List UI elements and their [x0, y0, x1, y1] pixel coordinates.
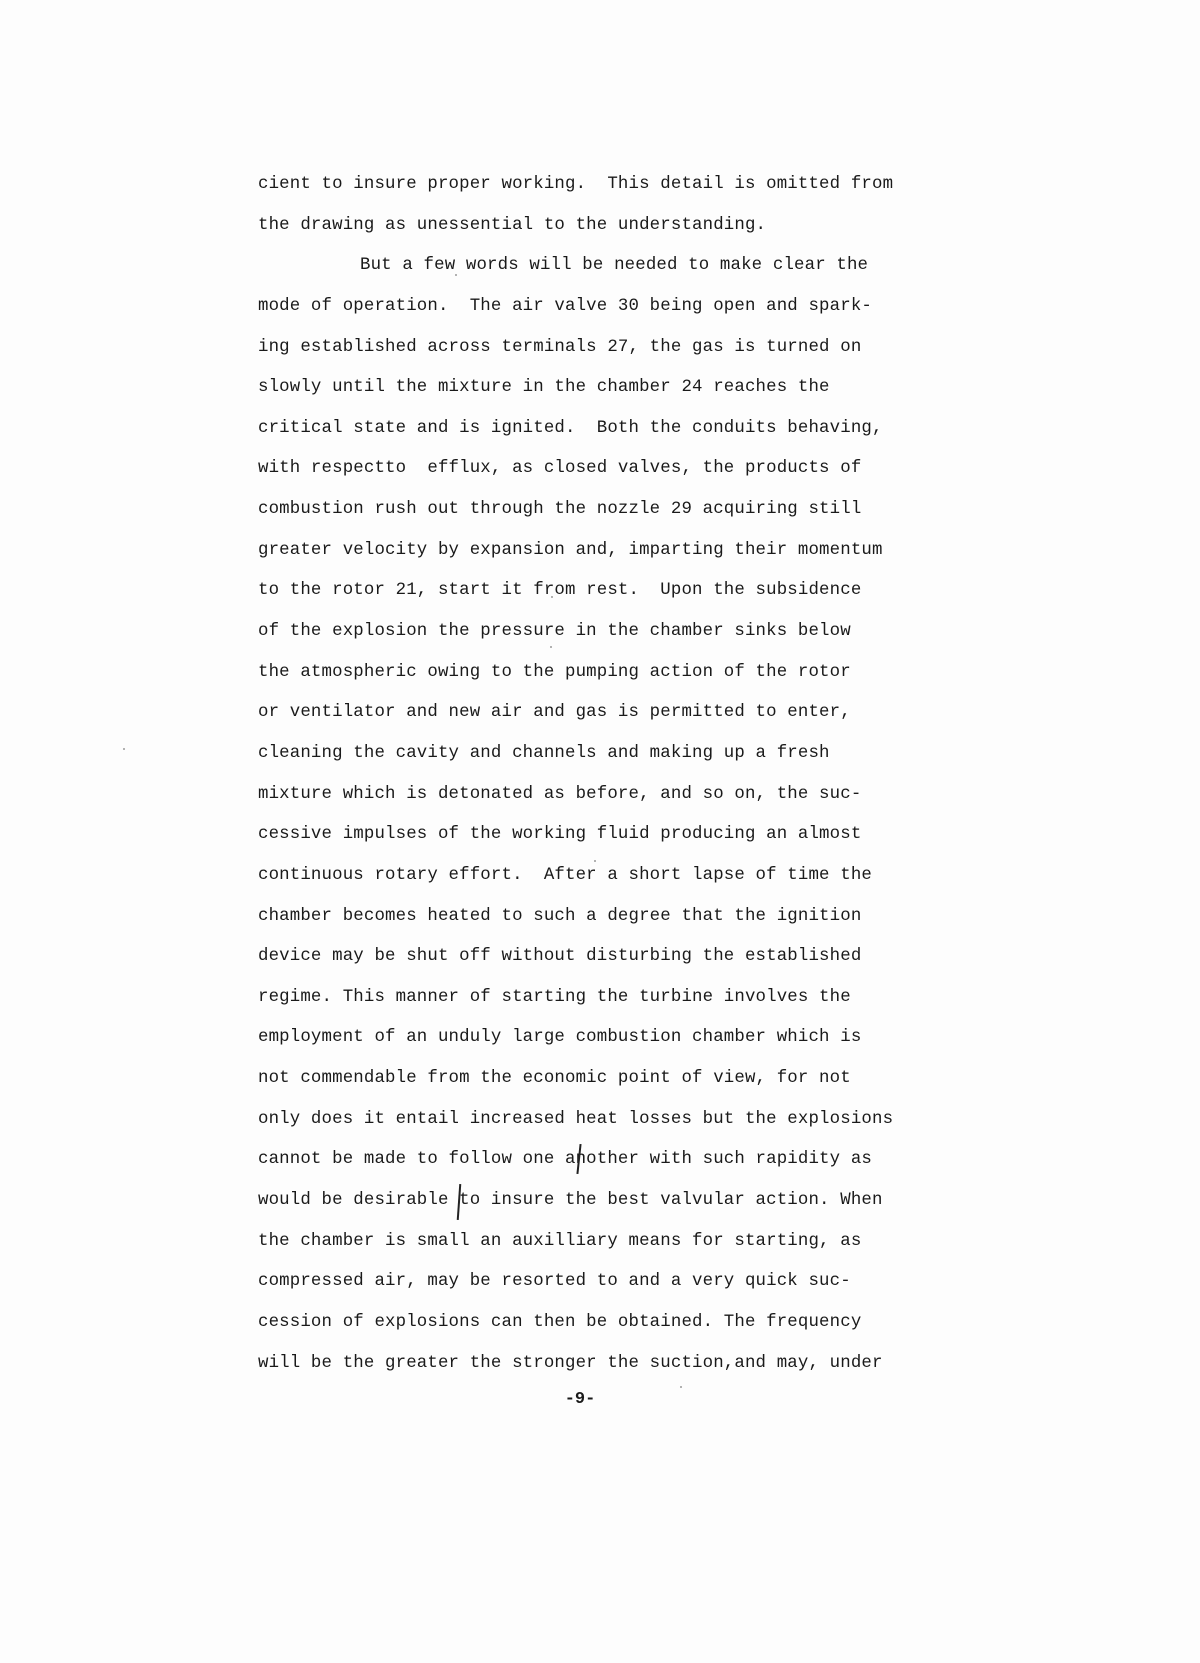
text-line: ing established across terminals 27, the… — [258, 328, 958, 369]
text-line: only does it entail increased heat losse… — [258, 1100, 958, 1141]
text-line: compressed air, may be resorted to and a… — [258, 1262, 958, 1303]
scan-speck — [680, 1386, 682, 1388]
text-line: regime. This manner of starting the turb… — [258, 978, 958, 1019]
page-number: -9- — [0, 1390, 1160, 1409]
text-line: device may be shut off without disturbin… — [258, 937, 958, 978]
text-line: not commendable from the economic point … — [258, 1059, 958, 1100]
document-page: cient to insure proper working. This det… — [0, 0, 1200, 1663]
text-line: or ventilator and new air and gas is per… — [258, 693, 958, 734]
text-line: critical state and is ignited. Both the … — [258, 409, 958, 450]
text-line: chamber becomes heated to such a degree … — [258, 897, 958, 938]
scan-speck — [123, 748, 125, 750]
body-text: cient to insure proper working. This det… — [258, 165, 958, 1384]
text-line: of the explosion the pressure in the cha… — [258, 612, 958, 653]
text-line: cessive impulses of the working fluid pr… — [258, 815, 958, 856]
scan-speck — [455, 274, 457, 276]
text-line: cannot be made to follow one another wit… — [258, 1140, 958, 1181]
scan-speck — [551, 596, 553, 598]
text-line: will be the greater the stronger the suc… — [258, 1344, 958, 1385]
text-line: cleaning the cavity and channels and mak… — [258, 734, 958, 775]
text-line: with respectto efflux, as closed valves,… — [258, 449, 958, 490]
text-line: the atmospheric owing to the pumping act… — [258, 653, 958, 694]
text-line: mixture which is detonated as before, an… — [258, 775, 958, 816]
text-line: slowly until the mixture in the chamber … — [258, 368, 958, 409]
paragraph-first-line: But a few words will be needed to make c… — [258, 246, 958, 287]
text-line: cient to insure proper working. This det… — [258, 165, 958, 206]
text-line: greater velocity by expansion and, impar… — [258, 531, 958, 572]
text-line: cession of explosions can then be obtain… — [258, 1303, 958, 1344]
text-line: continuous rotary effort. After a short … — [258, 856, 958, 897]
text-line: employment of an unduly large combustion… — [258, 1018, 958, 1059]
scan-speck — [594, 860, 596, 862]
text-line: would be desirable to insure the best va… — [258, 1181, 958, 1222]
text-line: to the rotor 21, start it from rest. Upo… — [258, 571, 958, 612]
text-line: the chamber is small an auxilliary means… — [258, 1222, 958, 1263]
text-line: the drawing as unessential to the unders… — [258, 206, 958, 247]
text-line: combustion rush out through the nozzle 2… — [258, 490, 958, 531]
scan-speck — [550, 646, 552, 648]
text-line: mode of operation. The air valve 30 bein… — [258, 287, 958, 328]
